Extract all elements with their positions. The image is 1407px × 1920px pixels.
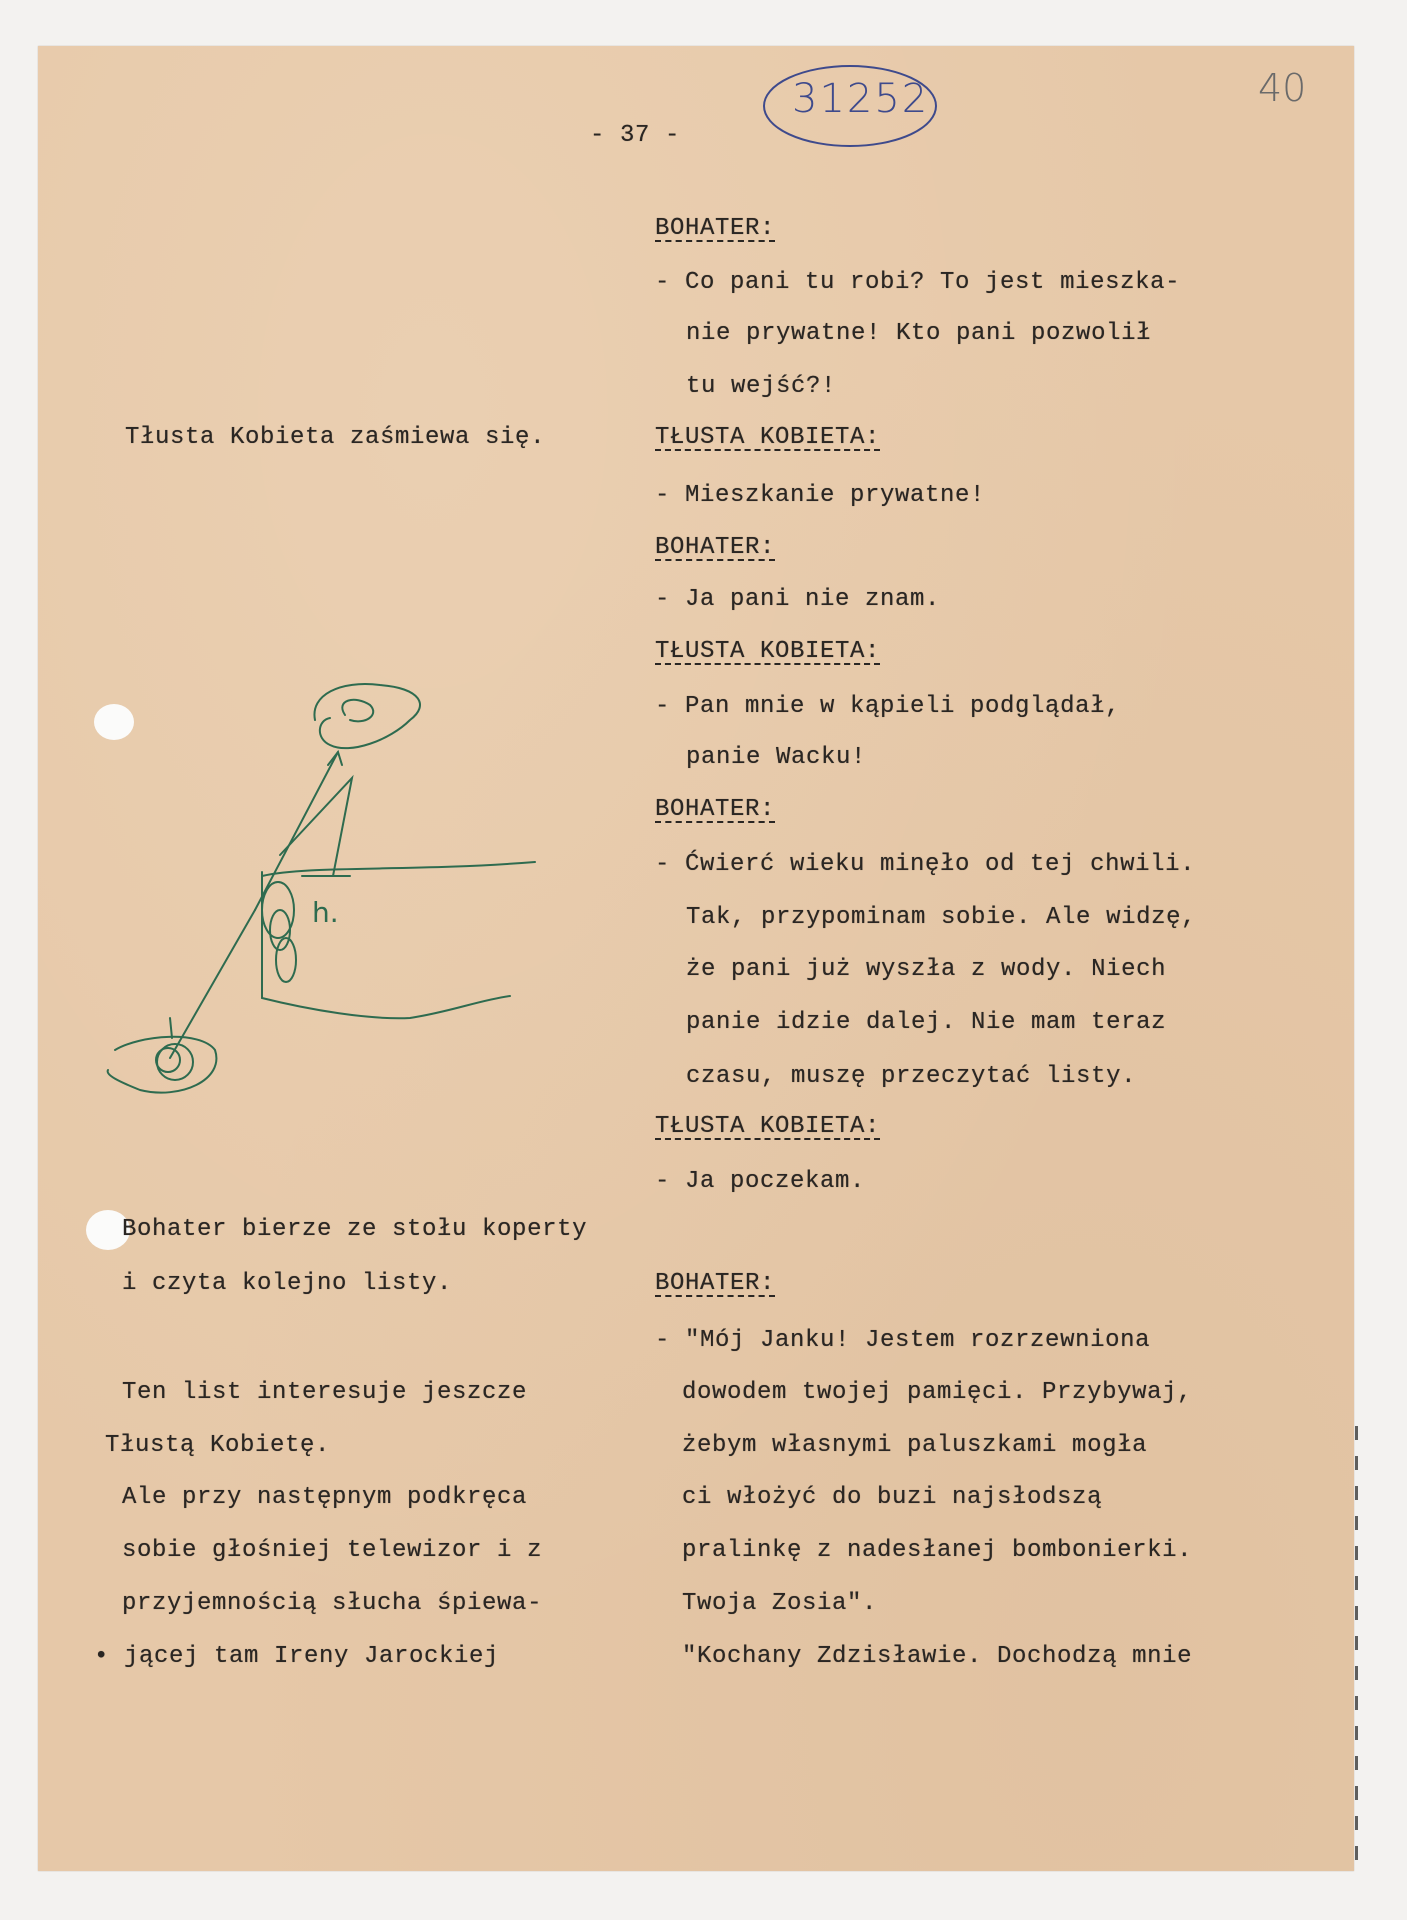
speaker-label: TŁUSTA KOBIETA: [655,1113,880,1141]
dialog-line: - Ja pani nie znam. [655,586,940,614]
speaker-label: BOHATER: [655,796,775,824]
dialog-line: że pani już wyszła z wody. Niech [686,956,1166,984]
dialog-line: - Pan mnie w kąpieli podglądał, [655,693,1120,721]
dialog-line: - Ja poczekam. [655,1168,865,1196]
page-number: - 37 - [590,122,680,150]
margin-mark [1355,1426,1358,1866]
dialog-line: - Co pani tu robi? To jest mieszka- [655,269,1180,297]
speaker-label: BOHATER: [655,534,775,562]
dialog-line: tu wejść?! [686,373,836,401]
stage-sketch-drawing: h. [80,660,540,1120]
dialog-line: czasu, muszę przeczytać listy. [686,1063,1136,1091]
archive-number: 31252 [792,76,929,122]
stage-direction: Tłusta Kobieta zaśmiewa się. [125,424,545,452]
sketch-label: h. [312,896,339,929]
dialog-line: - Ćwierć wieku minęło od tej chwili. [655,851,1195,879]
stage-direction: przyjemnością słucha śpiewa- [122,1590,542,1618]
dialog-line: pralinkę z nadesłanej bombonierki. [682,1537,1192,1565]
dialog-line: panie idzie dalej. Nie mam teraz [686,1009,1166,1037]
dialog-line: - Mieszkanie prywatne! [655,482,985,510]
speaker-label: BOHATER: [655,215,775,243]
dialog-line: "Kochany Zdzisławie. Dochodzą mnie [682,1643,1192,1671]
dialog-line: ci włożyć do buzi najsłodszą [682,1484,1102,1512]
stage-direction: Bohater bierze ze stołu koperty [122,1216,587,1244]
stage-direction: Ten list interesuje jeszcze [122,1379,527,1407]
dialog-line: Twoja Zosia". [682,1590,877,1618]
dialog-line: panie Wacku! [686,744,866,772]
stage-direction: • jącej tam Ireny Jarockiej [94,1643,499,1671]
stage-direction: Tłustą Kobietę. [105,1432,330,1460]
dialog-line: - "Mój Janku! Jestem rozrzewniona [655,1327,1150,1355]
speaker-label: BOHATER: [655,1270,775,1298]
dialog-line: nie prywatne! Kto pani pozwolił [686,320,1151,348]
speaker-label: TŁUSTA KOBIETA: [655,424,880,452]
dialog-line: żebym własnymi paluszkami mogła [682,1432,1147,1460]
stage-direction: Ale przy następnym podkręca [122,1484,527,1512]
dialog-line: Tak, przypominam sobie. Ale widzę, [686,904,1196,932]
dialog-line: dowodem twojej pamięci. Przybywaj, [682,1379,1192,1407]
speaker-label: TŁUSTA KOBIETA: [655,638,880,666]
folio-number: 40 [1258,66,1306,110]
typescript-page: 31252 40 - 37 - h. Tłusta Kobieta za [38,46,1354,1871]
stage-direction: sobie głośniej telewizor i z [122,1537,542,1565]
stage-direction: i czyta kolejno listy. [122,1270,452,1298]
